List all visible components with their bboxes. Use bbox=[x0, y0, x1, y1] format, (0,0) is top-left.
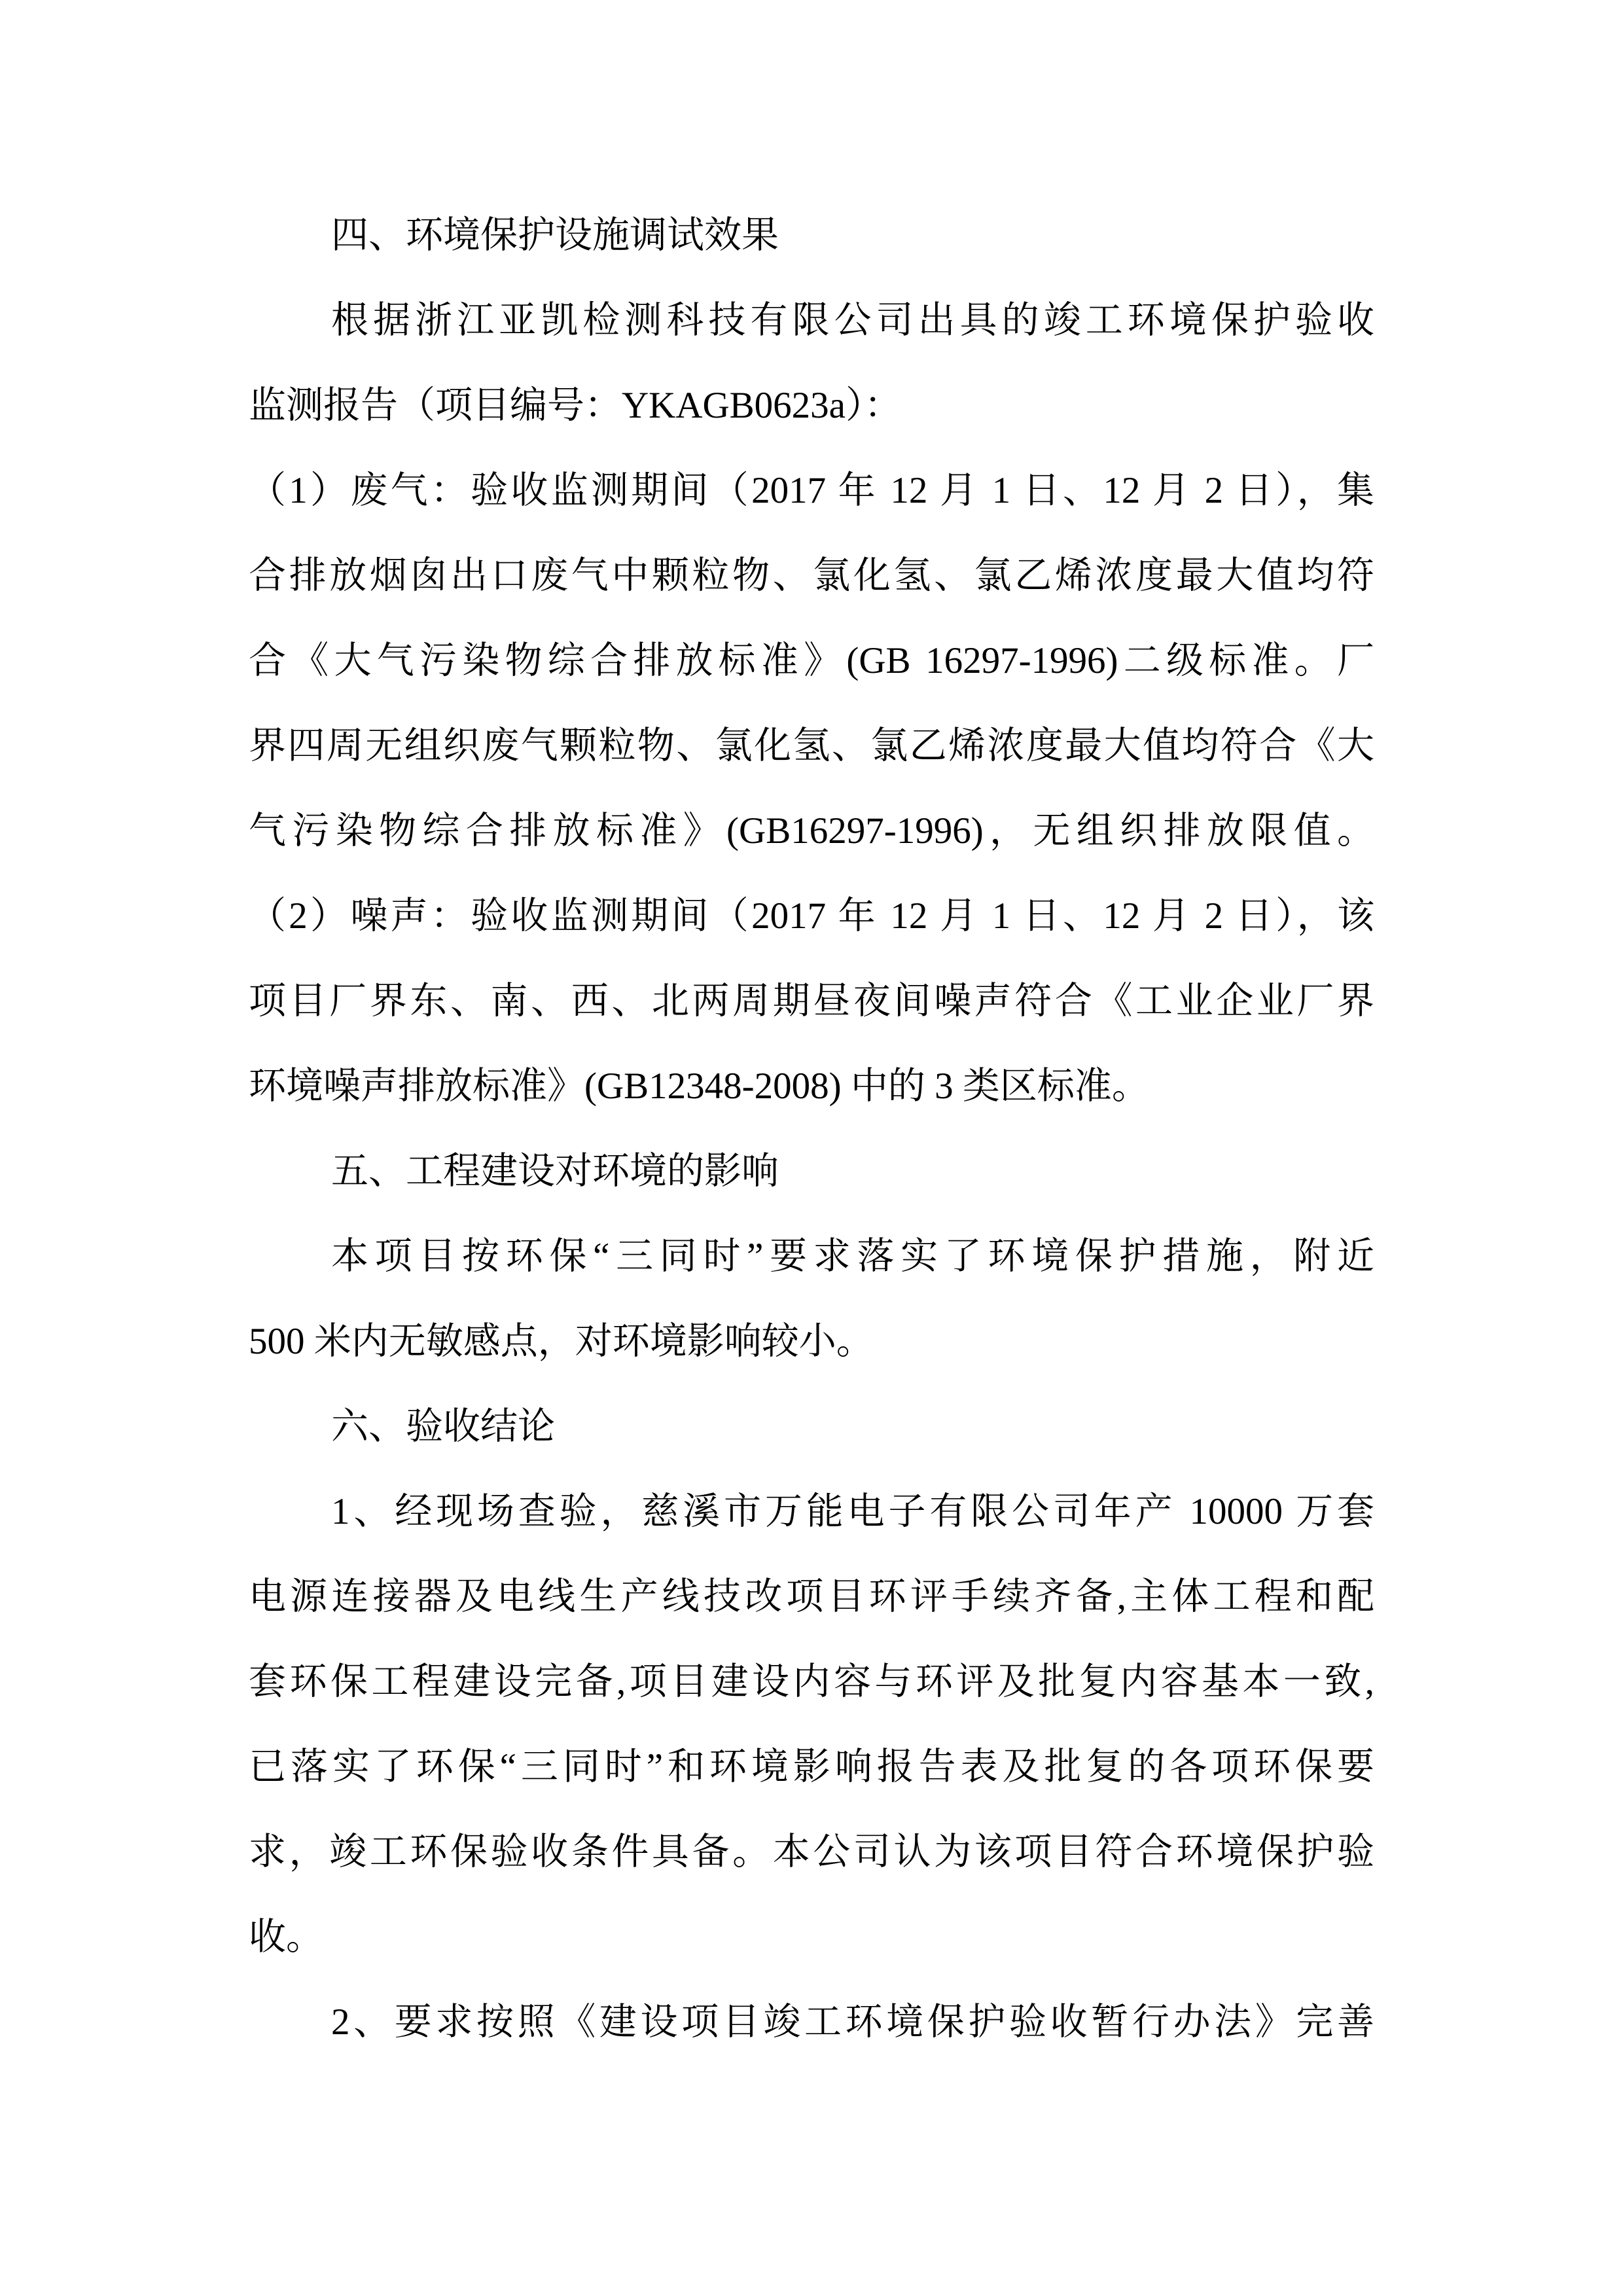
document-page: 四、环境保护设施调试效果 根据浙江亚凯检测科技有限公司出具的竣工环境保护验收 监… bbox=[0, 0, 1623, 2296]
document-body: 四、环境保护设施调试效果 根据浙江亚凯检测科技有限公司出具的竣工环境保护验收 监… bbox=[249, 193, 1374, 2065]
paragraph-line: 套环保工程建设完备,项目建设内容与环评及批复内容基本一致, bbox=[249, 1640, 1374, 1725]
section-heading-6: 六、验收结论 bbox=[249, 1384, 1374, 1469]
paragraph-line: 电源连接器及电线生产线技改项目环评手续齐备,主体工程和配 bbox=[249, 1554, 1374, 1640]
section-heading-5: 五、工程建设对环境的影响 bbox=[249, 1129, 1374, 1214]
paragraph-line: 监测报告（项目编号：YKAGB0623a）： bbox=[249, 363, 1374, 448]
paragraph-line: 项目厂界东、南、西、北两周期昼夜间噪声符合《工业企业厂界 bbox=[249, 959, 1374, 1044]
paragraph-line: （1）废气：验收监测期间（2017 年 12 月 1 日、12 月 2 日），集 bbox=[249, 448, 1374, 533]
paragraph-line: 根据浙江亚凯检测科技有限公司出具的竣工环境保护验收 bbox=[249, 278, 1374, 363]
paragraph-line: 2、要求按照《建设项目竣工环境保护验收暂行办法》完善 bbox=[249, 1980, 1374, 2065]
paragraph-line: 500 米内无敏感点，对环境影响较小。 bbox=[249, 1299, 1374, 1384]
section-heading-4: 四、环境保护设施调试效果 bbox=[249, 193, 1374, 278]
paragraph-line: 气污染物综合排放标准》(GB16297-1996)，无组织排放限值。 bbox=[249, 789, 1374, 874]
paragraph-line: 合排放烟囱出口废气中颗粒物、氯化氢、氯乙烯浓度最大值均符 bbox=[249, 533, 1374, 619]
paragraph-line: 环境噪声排放标准》(GB12348-2008) 中的 3 类区标准。 bbox=[249, 1044, 1374, 1129]
paragraph-line: 本项目按环保“三同时”要求落实了环境保护措施，附近 bbox=[249, 1214, 1374, 1299]
paragraph-line: 已落实了环保“三同时”和环境影响报告表及批复的各项环保要 bbox=[249, 1725, 1374, 1810]
paragraph-line: 界四周无组织废气颗粒物、氯化氢、氯乙烯浓度最大值均符合《大 bbox=[249, 704, 1374, 789]
paragraph-line: 1、经现场查验，慈溪市万能电子有限公司年产 10000 万套 bbox=[249, 1469, 1374, 1554]
paragraph-line: 收。 bbox=[249, 1895, 1374, 1980]
paragraph-line: （2）噪声：验收监测期间（2017 年 12 月 1 日、12 月 2 日），该 bbox=[249, 874, 1374, 959]
paragraph-line: 求，竣工环保验收条件具备。本公司认为该项目符合环境保护验 bbox=[249, 1810, 1374, 1895]
paragraph-line: 合《大气污染物综合排放标准》(GB 16297-1996)二级标准。厂 bbox=[249, 619, 1374, 704]
